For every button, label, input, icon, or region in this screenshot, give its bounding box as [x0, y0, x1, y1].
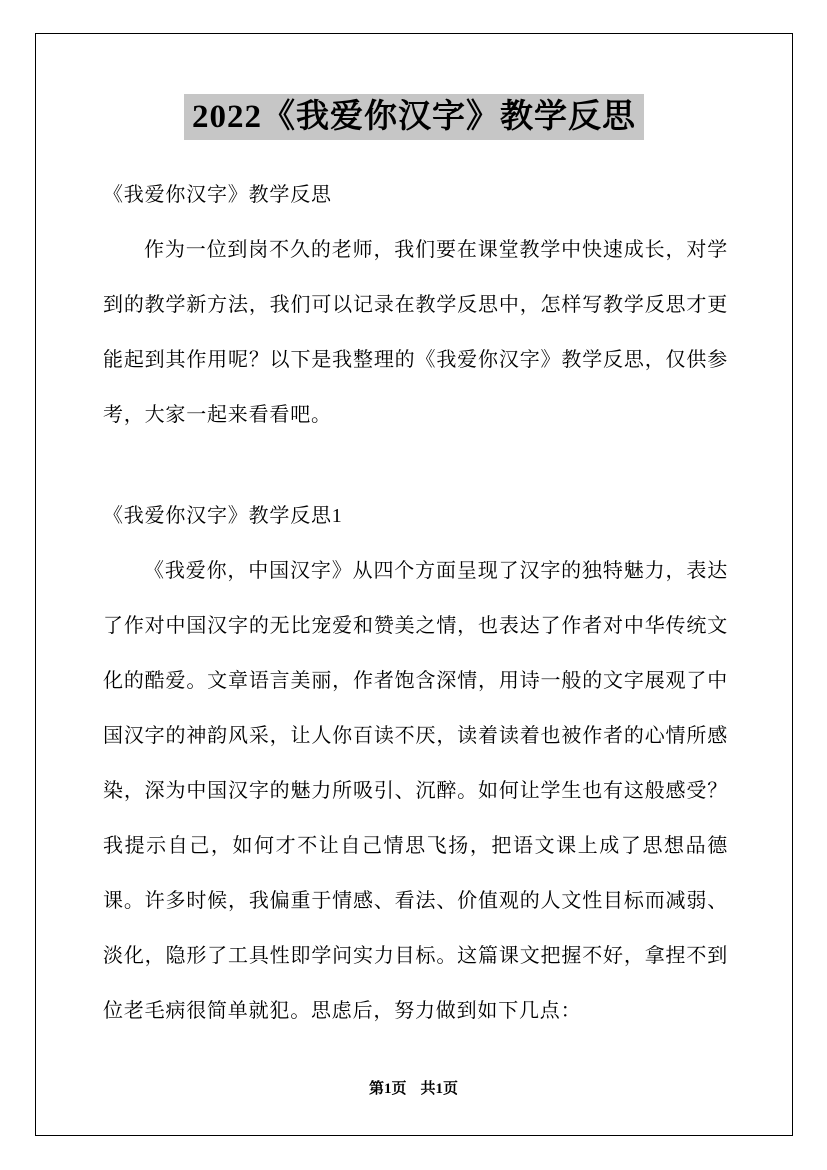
section-heading: 《我爱你汉字》教学反思1 [103, 489, 728, 544]
document-body: 《我爱你汉字》教学反思 作为一位到岗不久的老师，我们要在课堂教学中快速成长，对学… [103, 168, 728, 1039]
footer-page-number: 第1页 [369, 1081, 407, 1097]
intro-paragraph: 作为一位到岗不久的老师，我们要在课堂教学中快速成长，对学到的教学新方法，我们可以… [103, 223, 728, 443]
document-page: 2022《我爱你汉字》教学反思 《我爱你汉字》教学反思 作为一位到岗不久的老师，… [0, 0, 827, 1170]
body-paragraph: 《我爱你，中国汉字》从四个方面呈现了汉字的独特魅力，表达了作对中国汉字的无比宠爱… [103, 544, 728, 1039]
page-footer: 第1页共1页 [0, 1078, 827, 1100]
title-row: 2022《我爱你汉字》教学反思 [36, 94, 792, 140]
document-title: 2022《我爱你汉字》教学反思 [184, 94, 644, 140]
document-subtitle: 《我爱你汉字》教学反思 [103, 168, 728, 223]
footer-total-pages: 共1页 [421, 1081, 459, 1097]
page-border: 2022《我爱你汉字》教学反思 《我爱你汉字》教学反思 作为一位到岗不久的老师，… [35, 33, 793, 1136]
